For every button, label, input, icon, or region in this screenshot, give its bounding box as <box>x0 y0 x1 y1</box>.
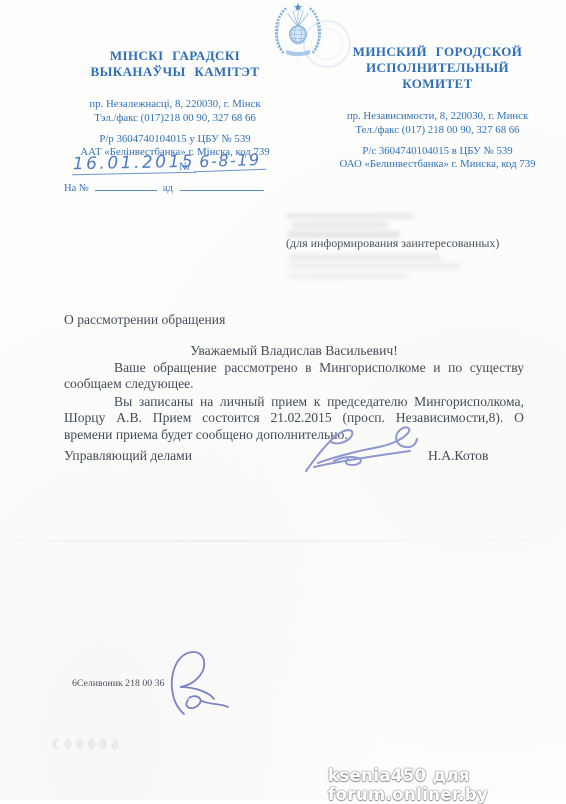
redacted-recipient-line <box>286 213 414 219</box>
letterhead-right-column: МИНСКИЙ ГОРОДСКОЙ ИСПОЛНИТЕЛЬНЫЙ КОМИТЕТ… <box>330 44 545 171</box>
belarus-state-emblem-icon <box>272 2 324 58</box>
letterhead-left-column: МІНСКІ ГАРАДСКІ ВЫКАНАЎЧЫ КАМІТЭТ пр. Не… <box>70 48 280 159</box>
org-phone-russian: Тел./факс (017) 218 00 90, 327 68 66 <box>330 124 545 137</box>
incoming-date-label: ад <box>163 183 173 194</box>
redacted-recipient-line <box>289 254 441 260</box>
forum-watermark: ksenia450 для forum.onliner.by <box>328 766 566 800</box>
incoming-number-label: На № <box>64 183 89 194</box>
org-address-belarusian: пр. Незалежнасці, 8, 220030, г. Мінск <box>70 98 280 111</box>
paragraph-1-line: сообщаем следующее. <box>64 376 524 392</box>
paragraph-2-line: Вы записаны на личный прием к председате… <box>64 394 524 410</box>
signature-ink-stroke <box>300 423 422 475</box>
incoming-number-blank-line <box>95 180 157 191</box>
paragraph-2-line: Шорцу А.В. Прием состоится 21.02.2015 (п… <box>64 410 524 426</box>
number-sign-label: № <box>179 161 190 173</box>
signer-name: Н.А.Котов <box>428 448 488 464</box>
executor-contact: 6Селивоник 218 00 36 <box>72 678 164 689</box>
handwritten-outgoing-number: 6-8-19 <box>194 150 267 173</box>
paper-fold-line <box>0 540 566 542</box>
org-name-belarusian-line1: МІНСКІ ГАРАДСКІ <box>70 48 280 64</box>
org-bank-russian: ОАО «Белинвестбанка» г. Минска, код 739 <box>330 158 545 171</box>
letter-paragraph-2: Вы записаны на личный прием к председате… <box>64 394 524 443</box>
org-account-belarusian: Р/р 3604740104015 у ЦБУ № 539 <box>70 133 280 146</box>
paragraph-2-line: времени приема будет сообщено дополнител… <box>64 427 524 443</box>
org-name-belarusian-line2: ВЫКАНАЎЧЫ КАМІТЭТ <box>70 64 280 80</box>
redacted-recipient-line <box>289 263 461 269</box>
scanned-letter-page: МІНСКІ ГАРАДСКІ ВЫКАНАЎЧЫ КАМІТЭТ пр. Не… <box>0 0 566 800</box>
letter-subject: О рассмотрении обращения <box>64 312 524 328</box>
org-name-russian-line2: ИСПОЛНИТЕЛЬНЫЙ КОМИТЕТ <box>330 60 545 92</box>
redacted-recipient-line <box>289 273 407 279</box>
org-name-russian-line1: МИНСКИЙ ГОРОДСКОЙ <box>330 44 545 60</box>
redacted-recipient-line <box>292 222 388 228</box>
recipient-note: (для информирования заинтересованных) <box>286 236 536 251</box>
letter-salutation: Уважаемый Владислав Васильевич! <box>64 343 524 359</box>
org-account-russian: Р/с 3604740104015 в ЦБУ № 539 <box>330 145 545 158</box>
handwritten-outgoing-date: 16.01.2015 <box>72 152 196 176</box>
bleed-through-digits: 600903 <box>48 738 119 753</box>
signer-position-title: Управляющий делами <box>64 448 192 464</box>
org-phone-belarusian: Тэл./факс (017)218 00 90, 327 68 66 <box>70 112 280 125</box>
paragraph-1-line: Ваше обращение рассмотрено в Мингориспол… <box>64 360 524 376</box>
executor-ink-scribble <box>152 648 238 720</box>
org-address-russian: пр. Независимости, 8, 220030, г. Минск <box>330 110 545 123</box>
incoming-reference-row: На №ад <box>64 180 264 194</box>
letter-paragraph-1: Ваше обращение рассмотрено в Мингориспол… <box>64 360 524 393</box>
incoming-date-blank-line <box>180 180 264 191</box>
